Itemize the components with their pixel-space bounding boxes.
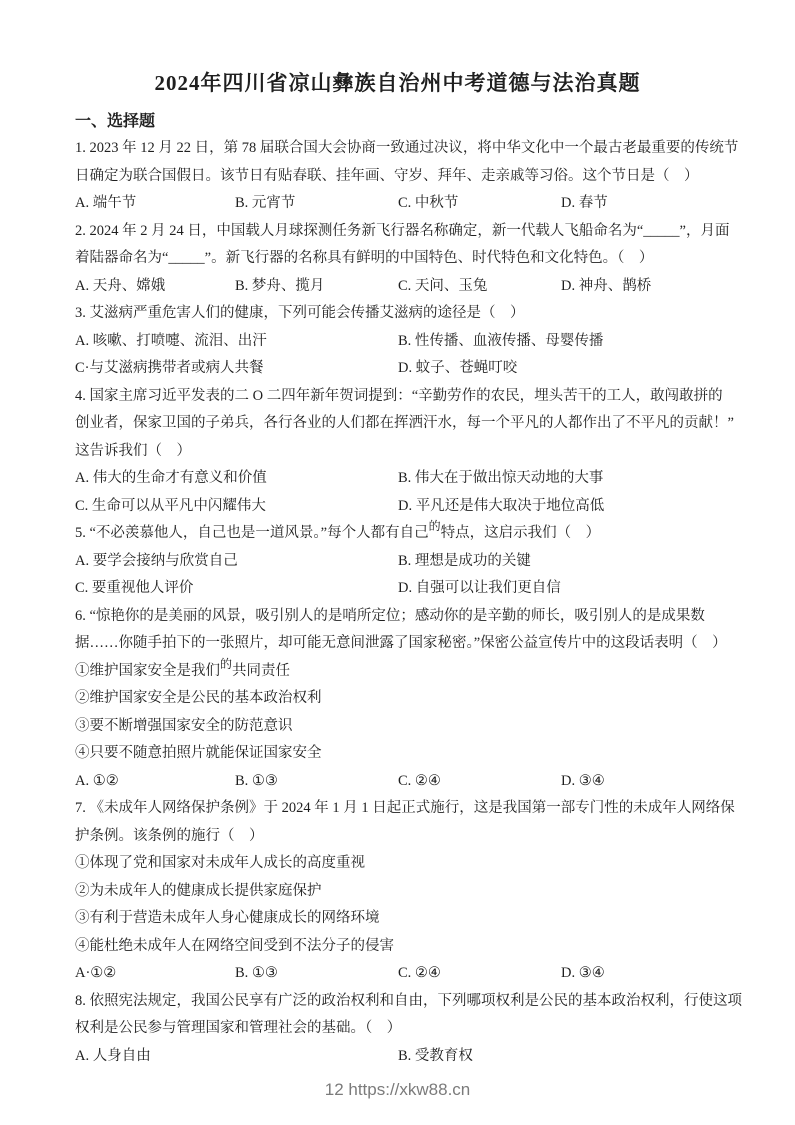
question-line: 着陆器命名为“_____”。新飞行器的名称具有鲜明的中国特色、时代特色和文化特色… <box>75 245 720 273</box>
option-item: D. ③④ <box>561 768 720 796</box>
question-line: 3. 艾滋病严重危害人们的健康，下列可能会传播艾滋病的途径是（ ） <box>75 300 720 328</box>
superscript-char: 的 <box>220 657 232 671</box>
option-row: A. 端午节B. 元宵节C. 中秋节D. 春节 <box>75 190 720 218</box>
option-item: B. 元宵节 <box>235 190 398 218</box>
option-item: C. ②④ <box>398 960 561 988</box>
option-item: D. 平凡还是伟大取决于地位高低 <box>398 493 720 521</box>
section-heading: 一、选择题 <box>75 108 720 135</box>
option-item: B. ①③ <box>235 768 398 796</box>
option-item: C. 要重视他人评价 <box>75 575 398 603</box>
question-line: 创业者，保家卫国的子弟兵，各行各业的人们都在挥洒汗水，每一个平凡的人都作出了不平… <box>75 410 720 438</box>
text-segment: 共同责任 <box>232 663 290 679</box>
text-segment: 5. “不必羡慕他人，自己也是一道风景。”每个人都有自己 <box>75 525 429 541</box>
question-line: 护条例。该条例的施行（ ） <box>75 823 720 851</box>
option-row: A. 天舟、嫦娥B. 梦舟、揽月C. 天问、玉兔D. 神舟、鹊桥 <box>75 273 720 301</box>
option-item: C. 生命可以从平凡中闪耀伟大 <box>75 493 398 521</box>
question-line: 6. “惊艳你的是美丽的风景，吸引别人的是哨所定位；感动你的是辛勤的师长，吸引别… <box>75 603 720 631</box>
option-row: A. ①②B. ①③C. ②④D. ③④ <box>75 768 720 796</box>
question-4: 4. 国家主席习近平发表的二 O 二四年新年贺词提到：“辛勤劳作的农民，埋头苦干… <box>75 383 720 521</box>
option-item: A. ①② <box>75 768 235 796</box>
question-8: 8. 依照宪法规定，我国公民享有广泛的政治权利和自由，下列哪项权利是公民的基本政… <box>75 988 720 1071</box>
option-item: A. 伟大的生命才有意义和价值 <box>75 465 398 493</box>
superscript-char: 的 <box>429 519 441 533</box>
question-line: 据……你随手拍下的一张照片，却可能无意间泄露了国家秘密。”保密公益宣传片中的这段… <box>75 630 720 658</box>
question-line: 权利是公民参与管理国家和管理社会的基础。（ ） <box>75 1015 720 1043</box>
question-6: 6. “惊艳你的是美丽的风景，吸引别人的是哨所定位；感动你的是辛勤的师长，吸引别… <box>75 603 720 796</box>
question-line: 7. 《未成年人网络保护条例》于 2024 年 1 月 1 日起正式施行，这是我… <box>75 795 720 823</box>
option-item: B. ①③ <box>235 960 398 988</box>
option-item: D. 神舟、鹊桥 <box>561 273 720 301</box>
question-5: 5. “不必羡慕他人，自己也是一道风景。”每个人都有自己的特点，这启示我们（ ）… <box>75 520 720 603</box>
option-row: A. 伟大的生命才有意义和价值B. 伟大在于做出惊天动地的大事 <box>75 465 720 493</box>
text-segment: 特点，这启示我们（ ） <box>441 525 601 541</box>
sub-item: ②维护国家安全是公民的基本政治权利 <box>75 685 720 713</box>
sub-item: ③要不断增强国家安全的防范意识 <box>75 713 720 741</box>
option-item: C. 天问、玉兔 <box>398 273 561 301</box>
option-item: A·①② <box>75 960 235 988</box>
page-footer: 12 https://xkw88.cn <box>0 1077 795 1103</box>
question-line: 5. “不必羡慕他人，自己也是一道风景。”每个人都有自己的特点，这启示我们（ ） <box>75 520 720 548</box>
sub-item: ①维护国家安全是我们的共同责任 <box>75 658 720 686</box>
text-segment: ①维护国家安全是我们 <box>75 663 220 679</box>
option-item: B. 梦舟、揽月 <box>235 273 398 301</box>
option-item: B. 受教育权 <box>398 1043 720 1071</box>
question-line: 8. 依照宪法规定，我国公民享有广泛的政治权利和自由，下列哪项权利是公民的基本政… <box>75 988 720 1016</box>
question-line: 日确定为联合国假日。该节日有贴春联、挂年画、守岁、拜年、走亲戚等习俗。这个节日是… <box>75 163 720 191</box>
option-row: C. 要重视他人评价D. 自强可以让我们更自信 <box>75 575 720 603</box>
option-item: A. 要学会接纳与欣赏自己 <box>75 548 398 576</box>
question-7: 7. 《未成年人网络保护条例》于 2024 年 1 月 1 日起正式施行，这是我… <box>75 795 720 988</box>
option-item: C·与艾滋病携带者或病人共餐 <box>75 355 398 383</box>
option-item: C. 中秋节 <box>398 190 561 218</box>
option-row: C. 生命可以从平凡中闪耀伟大D. 平凡还是伟大取决于地位高低 <box>75 493 720 521</box>
question-line: 1. 2023 年 12 月 22 日，第 78 届联合国大会协商一致通过决议，… <box>75 135 720 163</box>
option-item: B. 伟大在于做出惊天动地的大事 <box>398 465 720 493</box>
option-item: C. ②④ <box>398 768 561 796</box>
option-item: A. 人身自由 <box>75 1043 398 1071</box>
sub-item: ④只要不随意拍照片就能保证国家安全 <box>75 740 720 768</box>
question-3: 3. 艾滋病严重危害人们的健康，下列可能会传播艾滋病的途径是（ ）A. 咳嗽、打… <box>75 300 720 383</box>
option-row: A. 咳嗽、打喷嚏、流泪、出汗B. 性传播、血液传播、母婴传播 <box>75 328 720 356</box>
question-1: 1. 2023 年 12 月 22 日，第 78 届联合国大会协商一致通过决议，… <box>75 135 720 218</box>
sub-item: ①体现了党和国家对未成年人成长的高度重视 <box>75 850 720 878</box>
option-item: B. 理想是成功的关键 <box>398 548 720 576</box>
sub-item: ④能杜绝未成年人在网络空间受到不法分子的侵害 <box>75 933 720 961</box>
questions: 1. 2023 年 12 月 22 日，第 78 届联合国大会协商一致通过决议，… <box>75 135 720 1070</box>
sub-item: ②为未成年人的健康成长提供家庭保护 <box>75 878 720 906</box>
option-item: A. 天舟、嫦娥 <box>75 273 235 301</box>
page-title: 2024年四川省凉山彝族自治州中考道德与法治真题 <box>0 0 795 98</box>
question-line: 这告诉我们（ ） <box>75 438 720 466</box>
option-item: D. 自强可以让我们更自信 <box>398 575 720 603</box>
question-line: 4. 国家主席习近平发表的二 O 二四年新年贺词提到：“辛勤劳作的农民，埋头苦干… <box>75 383 720 411</box>
option-item: D. 蚊子、苍蝇叮咬 <box>398 355 720 383</box>
sub-item: ③有利于营造未成年人身心健康成长的网络环境 <box>75 905 720 933</box>
option-item: D. ③④ <box>561 960 720 988</box>
option-row: A·①②B. ①③C. ②④D. ③④ <box>75 960 720 988</box>
question-2: 2. 2024 年 2 月 24 日，中国载人月球探测任务新飞行器名称确定，新一… <box>75 218 720 301</box>
option-item: A. 端午节 <box>75 190 235 218</box>
option-row: C·与艾滋病携带者或病人共餐D. 蚊子、苍蝇叮咬 <box>75 355 720 383</box>
option-row: A. 人身自由B. 受教育权 <box>75 1043 720 1071</box>
exam-paper-page: 2024年四川省凉山彝族自治州中考道德与法治真题 一、选择题 1. 2023 年… <box>0 0 795 1125</box>
question-line: 2. 2024 年 2 月 24 日，中国载人月球探测任务新飞行器名称确定，新一… <box>75 218 720 246</box>
option-item: A. 咳嗽、打喷嚏、流泪、出汗 <box>75 328 398 356</box>
option-item: D. 春节 <box>561 190 720 218</box>
option-row: A. 要学会接纳与欣赏自己B. 理想是成功的关键 <box>75 548 720 576</box>
option-item: B. 性传播、血液传播、母婴传播 <box>398 328 720 356</box>
